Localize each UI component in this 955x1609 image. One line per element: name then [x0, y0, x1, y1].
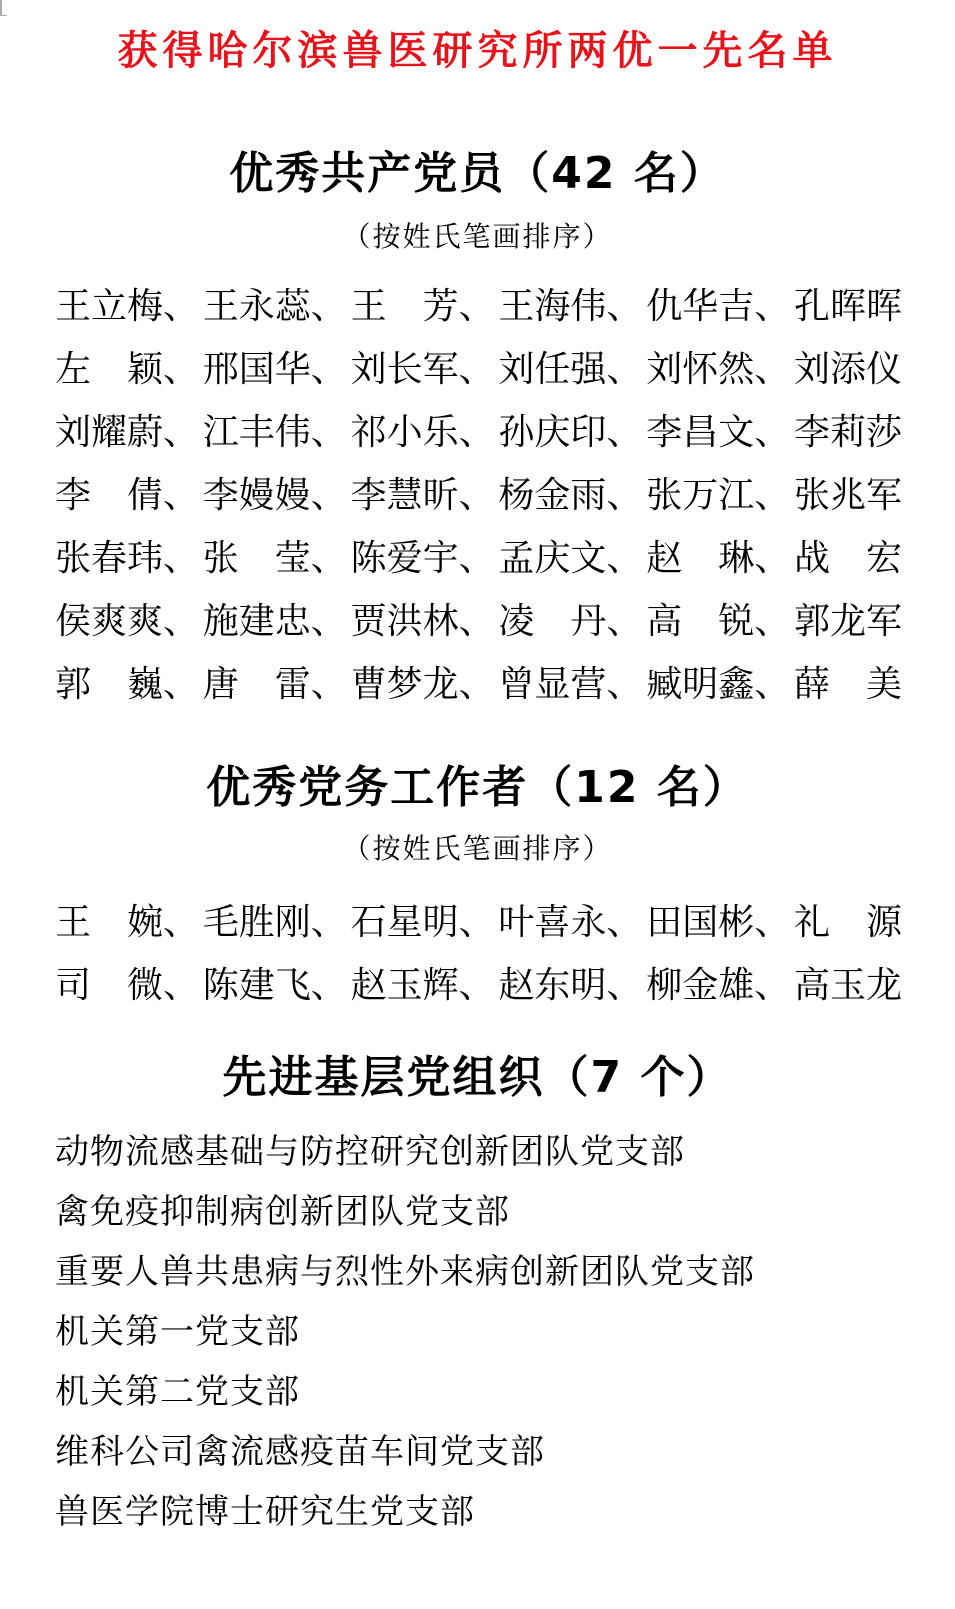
- person-name: 李昌文、: [646, 404, 790, 455]
- person-name: 高玉龙: [794, 957, 902, 1008]
- person-name: 凌 丹、: [498, 593, 642, 644]
- document-page: 获得哈尔滨兽医研究所两优一先名单 优秀共产党员（42 名） （按姓氏笔画排序） …: [0, 0, 955, 1609]
- organization-name: 维科公司禽流感疫苗车间党支部: [55, 1422, 915, 1482]
- name-row: 刘耀蔚、江丰伟、祁小乐、孙庆印、李昌文、李莉莎: [55, 398, 902, 461]
- person-name: 张春玮、: [55, 530, 199, 581]
- person-name: 孔晖晖: [794, 278, 902, 329]
- person-name: 邢国华、: [203, 341, 347, 392]
- person-name: 战 宏: [794, 530, 902, 581]
- person-name: 陈爱宇、: [351, 530, 495, 581]
- person-name: 刘怀然、: [646, 341, 790, 392]
- section-subtitle-sort-note: （按姓氏笔画排序）: [0, 832, 955, 866]
- organization-name: 动物流感基础与防控研究创新团队党支部: [55, 1122, 915, 1182]
- person-name: 赵东明、: [498, 957, 642, 1008]
- organization-name: 禽免疫抑制病创新团队党支部: [55, 1182, 915, 1242]
- person-name: 唐 雷、: [203, 656, 347, 707]
- person-name: 江丰伟、: [203, 404, 347, 455]
- organization-name: 兽医学院博士研究生党支部: [55, 1482, 915, 1542]
- organization-name: 机关第一党支部: [55, 1302, 915, 1362]
- section-subtitle-sort-note: （按姓氏笔画排序）: [0, 220, 955, 254]
- organization-name: 重要人兽共患病与烈性外来病创新团队党支部: [55, 1242, 915, 1302]
- person-name: 王 芳、: [351, 278, 495, 329]
- person-name: 仇华吉、: [646, 278, 790, 329]
- person-name: 李慧昕、: [351, 467, 495, 518]
- person-name: 贾洪林、: [351, 593, 495, 644]
- person-name: 刘耀蔚、: [55, 404, 199, 455]
- person-name: 赵玉辉、: [351, 957, 495, 1008]
- name-list-party-affairs-workers: 王 婉、毛胜刚、石星明、叶喜永、田国彬、礼 源司 微、陈建飞、赵玉辉、赵东明、柳…: [55, 888, 902, 1014]
- name-list-excellent-party-members: 王立梅、王永蕊、王 芳、王海伟、仇华吉、孔晖晖左 颖、邢国华、刘长军、刘任强、刘…: [55, 272, 902, 713]
- person-name: 施建忠、: [203, 593, 347, 644]
- person-name: 王 婉、: [55, 894, 199, 945]
- person-name: 司 微、: [55, 957, 199, 1008]
- person-name: 薛 美: [794, 656, 902, 707]
- name-row: 郭 巍、唐 雷、曹梦龙、曾显营、臧明鑫、薛 美: [55, 650, 902, 713]
- person-name: 孙庆印、: [498, 404, 642, 455]
- person-name: 张万江、: [646, 467, 790, 518]
- person-name: 曹梦龙、: [351, 656, 495, 707]
- person-name: 刘任强、: [498, 341, 642, 392]
- person-name: 刘长军、: [351, 341, 495, 392]
- section-heading-excellent-party-members: 优秀共产党员（42 名）: [0, 146, 955, 202]
- name-row: 王立梅、王永蕊、王 芳、王海伟、仇华吉、孔晖晖: [55, 272, 902, 335]
- person-name: 赵 琳、: [646, 530, 790, 581]
- person-name: 曾显营、: [498, 656, 642, 707]
- person-name: 高 锐、: [646, 593, 790, 644]
- person-name: 陈建飞、: [203, 957, 347, 1008]
- person-name: 李嫚嫚、: [203, 467, 347, 518]
- person-name: 侯爽爽、: [55, 593, 199, 644]
- person-name: 左 颖、: [55, 341, 199, 392]
- organization-list: 动物流感基础与防控研究创新团队党支部禽免疫抑制病创新团队党支部重要人兽共患病与烈…: [55, 1122, 915, 1542]
- person-name: 张兆军: [794, 467, 902, 518]
- name-row: 左 颖、邢国华、刘长军、刘任强、刘怀然、刘添仪: [55, 335, 902, 398]
- organization-name: 机关第二党支部: [55, 1362, 915, 1422]
- person-name: 臧明鑫、: [646, 656, 790, 707]
- name-row: 侯爽爽、施建忠、贾洪林、凌 丹、高 锐、郭龙军: [55, 587, 902, 650]
- document-title: 获得哈尔滨兽医研究所两优一先名单: [0, 26, 955, 76]
- person-name: 毛胜刚、: [203, 894, 347, 945]
- person-name: 孟庆文、: [498, 530, 642, 581]
- person-name: 王永蕊、: [203, 278, 347, 329]
- name-row: 王 婉、毛胜刚、石星明、叶喜永、田国彬、礼 源: [55, 888, 902, 951]
- person-name: 李 倩、: [55, 467, 199, 518]
- person-name: 郭 巍、: [55, 656, 199, 707]
- person-name: 柳金雄、: [646, 957, 790, 1008]
- name-row: 张春玮、张 莹、陈爱宇、孟庆文、赵 琳、战 宏: [55, 524, 902, 587]
- person-name: 张 莹、: [203, 530, 347, 581]
- person-name: 石星明、: [351, 894, 495, 945]
- person-name: 刘添仪: [794, 341, 902, 392]
- person-name: 祁小乐、: [351, 404, 495, 455]
- name-row: 李 倩、李嫚嫚、李慧昕、杨金雨、张万江、张兆军: [55, 461, 902, 524]
- person-name: 郭龙军: [794, 593, 902, 644]
- person-name: 礼 源: [794, 894, 902, 945]
- name-row: 司 微、陈建飞、赵玉辉、赵东明、柳金雄、高玉龙: [55, 951, 902, 1014]
- section-heading-party-affairs-workers: 优秀党务工作者（12 名）: [0, 760, 955, 816]
- person-name: 王海伟、: [498, 278, 642, 329]
- person-name: 叶喜永、: [498, 894, 642, 945]
- page-corner-artifact: [0, 0, 7, 16]
- section-heading-advanced-organizations: 先进基层党组织（7 个）: [0, 1050, 955, 1106]
- person-name: 杨金雨、: [498, 467, 642, 518]
- person-name: 王立梅、: [55, 278, 199, 329]
- person-name: 田国彬、: [646, 894, 790, 945]
- person-name: 李莉莎: [794, 404, 902, 455]
